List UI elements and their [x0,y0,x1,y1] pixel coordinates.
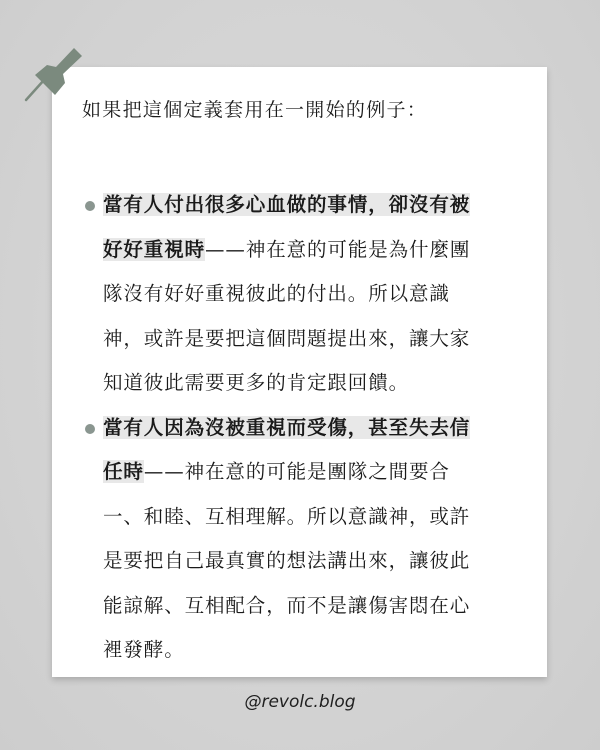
text-line: 一、和睦、互相理解。所以意識神，或許 [103,495,513,540]
note-card: 如果把這個定義套用在一開始的例子： 當有人付出很多心血做的事情，卻沒有被 好好重… [52,67,547,677]
text-line: 當有人付出很多心血做的事情，卻沒有被 [103,183,513,228]
text-line: 能諒解、互相配合，而不是讓傷害悶在心 [103,584,513,629]
footer-handle: @revolc.blog [0,692,600,712]
intro-text: 如果把這個定義套用在一開始的例子： [82,97,427,123]
text-line: 知道彼此需要更多的肯定跟回饋。 [103,361,513,406]
pushpin-icon [22,42,84,104]
list-item: 當有人因為沒被重視而受傷，甚至失去信 任時——神在意的可能是團隊之間要合 一、和… [103,406,513,673]
example-list: 當有人付出很多心血做的事情，卻沒有被 好好重視時——神在意的可能是為什麼團 隊沒… [103,183,513,673]
text-line: 裡發酵。 [103,628,513,673]
text-line: 隊沒有好好重視彼此的付出。所以意識 [103,272,513,317]
list-item: 當有人付出很多心血做的事情，卻沒有被 好好重視時——神在意的可能是為什麼團 隊沒… [103,183,513,406]
text-line: 是要把自己最真實的想法講出來，讓彼此 [103,539,513,584]
bullet-icon [85,424,95,434]
text-line: 當有人因為沒被重視而受傷，甚至失去信 [103,406,513,451]
text-line: 好好重視時——神在意的可能是為什麼團 [103,228,513,273]
bullet-icon [85,201,95,211]
text-line: 神，或許是要把這個問題提出來，讓大家 [103,317,513,362]
text-line: 任時——神在意的可能是團隊之間要合 [103,450,513,495]
